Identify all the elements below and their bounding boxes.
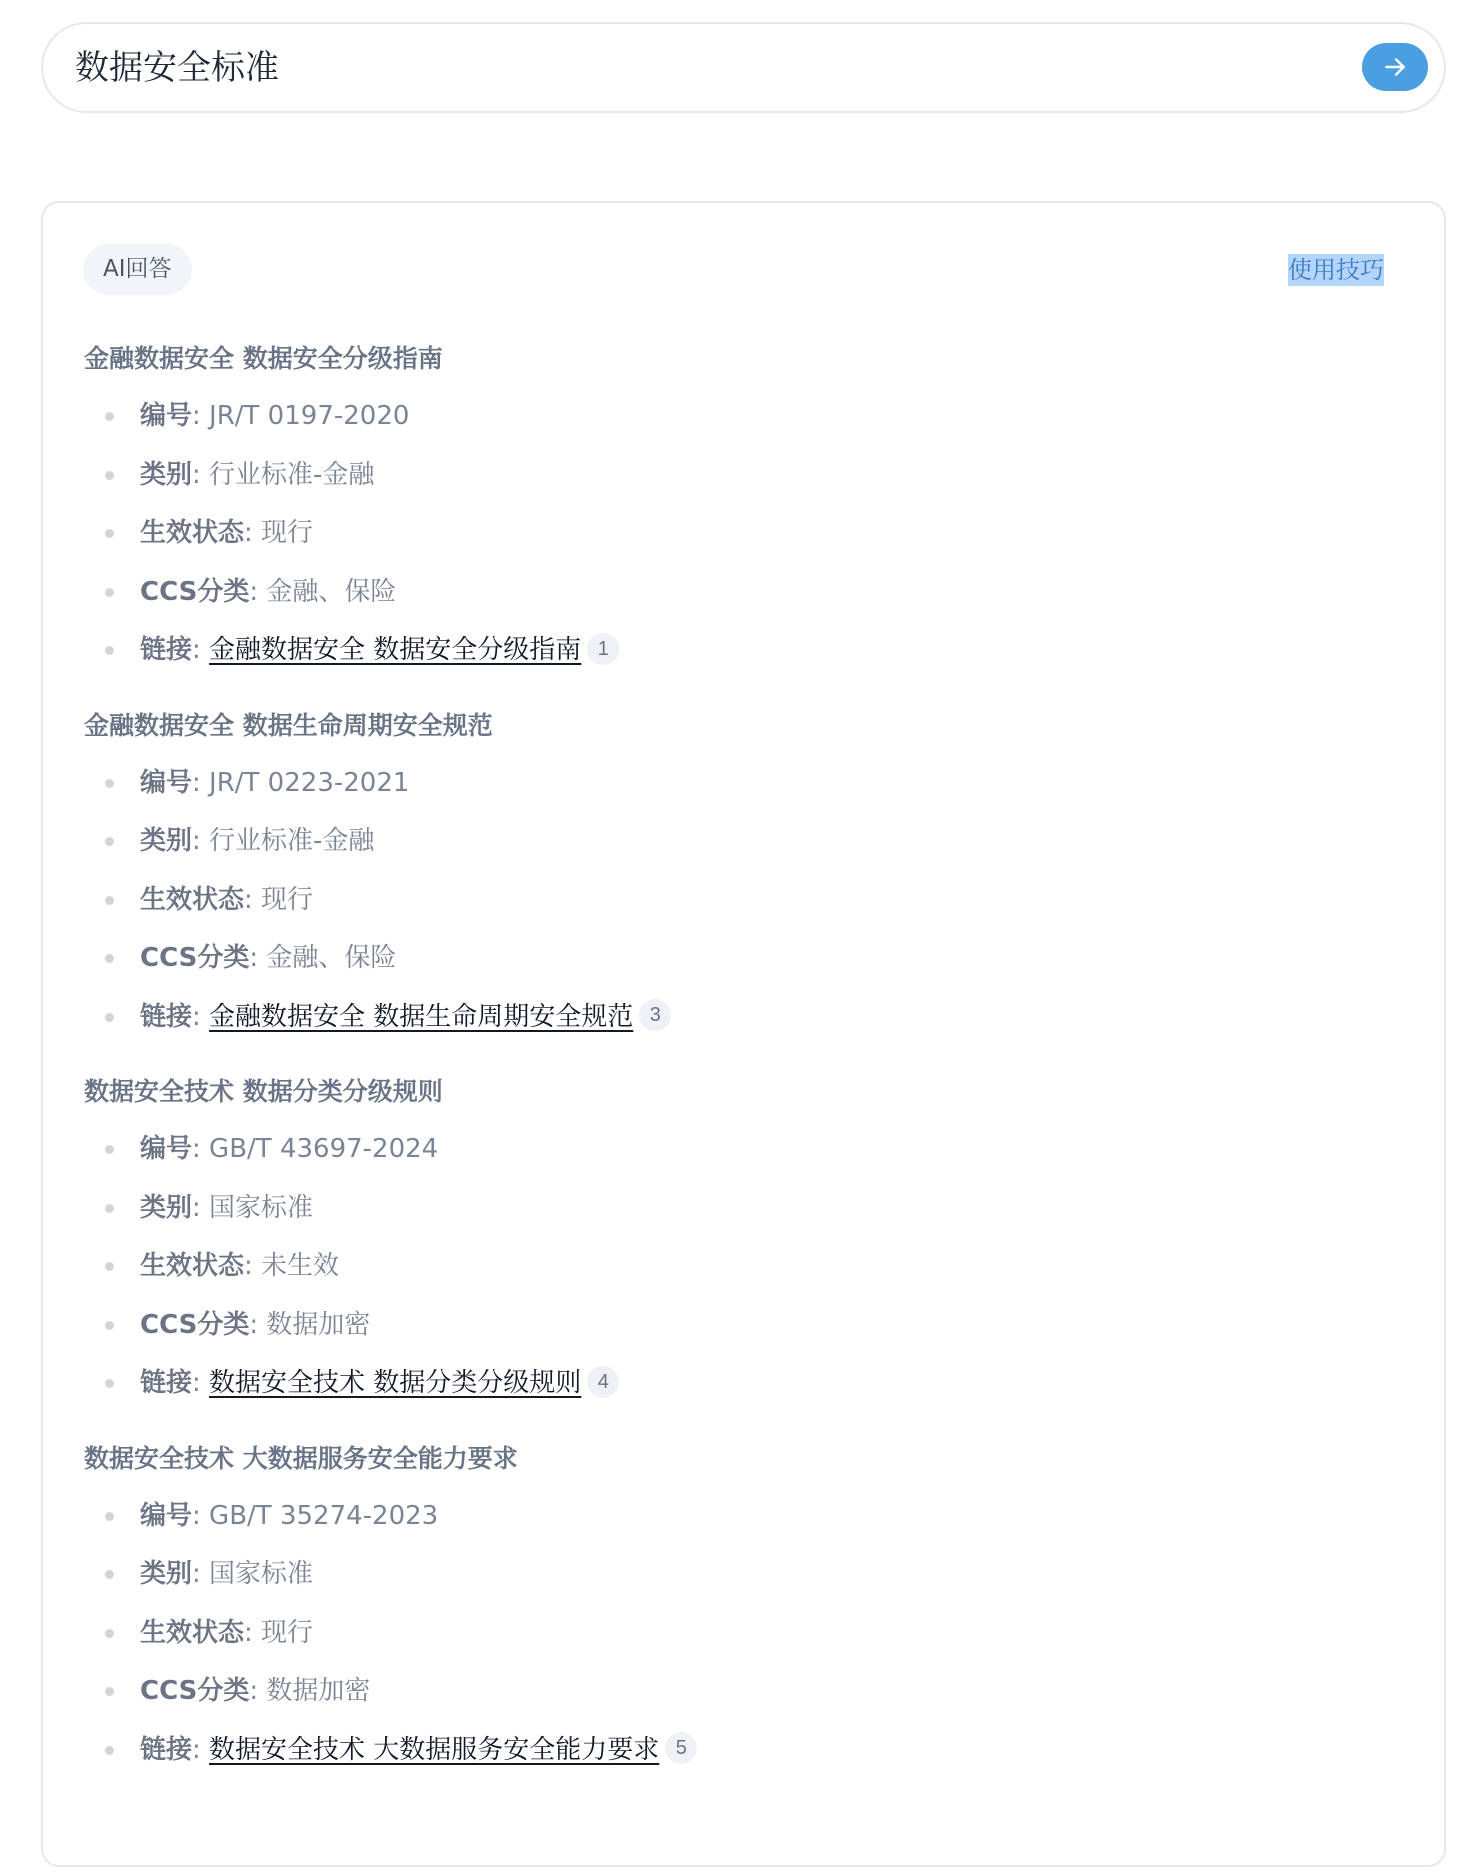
list-item-link: 链接: 金融数据安全 数据安全分级指南1 [84,621,1404,680]
item-label: CCS分类 [140,577,249,607]
ai-answer-card: AI回答 使用技巧 金融数据安全 数据安全分级指南 编号: JR/T 0197-… [41,201,1446,1867]
standard-details-list: 编号: JR/T 0197-2020 类别: 行业标准-金融 生效状态: 现行 … [84,387,1404,680]
answer-content: 金融数据安全 数据安全分级指南 编号: JR/T 0197-2020 类别: 行… [84,337,1404,1803]
list-item-status: 生效状态: 现行 [84,1604,1404,1663]
section-title: 金融数据安全 数据生命周期安全规范 [84,704,1404,748]
bullet-dot [105,954,114,963]
item-label: 生效状态 [140,518,244,548]
section-title: 金融数据安全 数据安全分级指南 [84,337,1404,381]
citation-badge[interactable]: 3 [639,999,671,1031]
usage-tips-link[interactable]: 使用技巧 [1288,254,1384,286]
list-item-code: 编号: JR/T 0197-2020 [84,387,1404,446]
search-bar [41,22,1446,113]
standard-link[interactable]: 数据安全技术 数据分类分级规则 [209,1368,581,1398]
item-label: 编号 [140,401,192,431]
item-value: 数据加密 [266,1310,370,1340]
bullet-dot [105,896,114,905]
item-label: 类别 [140,826,192,856]
item-label: 类别 [140,460,192,490]
item-value: JR/T 0197-2020 [209,401,409,431]
item-label: 编号 [140,1134,192,1164]
list-item-link: 链接: 数据安全技术 大数据服务安全能力要求5 [84,1721,1404,1780]
bullet-dot [105,1629,114,1638]
standard-section: 金融数据安全 数据安全分级指南 编号: JR/T 0197-2020 类别: 行… [84,337,1404,680]
item-value: GB/T 35274-2023 [209,1501,438,1531]
item-label: CCS分类 [140,1676,249,1706]
item-label: 编号 [140,1501,192,1531]
item-label: CCS分类 [140,1310,249,1340]
list-item-status: 生效状态: 未生效 [84,1237,1404,1296]
list-item-link: 链接: 数据安全技术 数据分类分级规则4 [84,1354,1404,1413]
item-value: 行业标准-金融 [209,826,374,856]
item-value: 未生效 [261,1251,339,1281]
bullet-dot [105,1512,114,1521]
item-label: 链接 [140,635,192,665]
item-value: GB/T 43697-2024 [209,1134,438,1164]
list-item-code: 编号: GB/T 35274-2023 [84,1487,1404,1546]
item-label: 类别 [140,1193,192,1223]
item-value: 数据加密 [266,1676,370,1706]
citation-badge[interactable]: 5 [665,1732,697,1764]
bullet-dot [105,779,114,788]
item-label: 链接 [140,1002,192,1032]
list-item-status: 生效状态: 现行 [84,871,1404,930]
standard-link[interactable]: 金融数据安全 数据安全分级指南 [209,635,581,665]
item-value: 行业标准-金融 [209,460,374,490]
item-label: 链接 [140,1735,192,1765]
list-item-ccs: CCS分类: 金融、保险 [84,563,1404,622]
list-item-code: 编号: JR/T 0223-2021 [84,754,1404,813]
item-value: 现行 [261,1618,313,1648]
standard-section: 数据安全技术 大数据服务安全能力要求 编号: GB/T 35274-2023 类… [84,1437,1404,1780]
card-header: AI回答 使用技巧 [43,203,1444,313]
item-value: 金融、保险 [266,577,396,607]
list-item-ccs: CCS分类: 数据加密 [84,1296,1404,1355]
bullet-dot [105,837,114,846]
list-item-category: 类别: 行业标准-金融 [84,812,1404,871]
standard-details-list: 编号: JR/T 0223-2021 类别: 行业标准-金融 生效状态: 现行 … [84,754,1404,1047]
item-label: 类别 [140,1559,192,1589]
bullet-dot [105,1013,114,1022]
standard-link[interactable]: 数据安全技术 大数据服务安全能力要求 [209,1735,659,1765]
item-value: JR/T 0223-2021 [209,768,409,798]
search-input[interactable] [75,38,1335,98]
list-item-category: 类别: 行业标准-金融 [84,446,1404,505]
search-submit-button[interactable] [1362,43,1428,91]
bullet-dot [105,1145,114,1154]
bullet-dot [105,1262,114,1271]
bullet-dot [105,471,114,480]
citation-badge[interactable]: 4 [587,1366,619,1398]
item-label: 链接 [140,1368,192,1398]
section-title: 数据安全技术 数据分类分级规则 [84,1070,1404,1114]
list-item-category: 类别: 国家标准 [84,1179,1404,1238]
list-item-category: 类别: 国家标准 [84,1545,1404,1604]
list-item-ccs: CCS分类: 数据加密 [84,1662,1404,1721]
bullet-dot [105,529,114,538]
standard-section: 数据安全技术 数据分类分级规则 编号: GB/T 43697-2024 类别: … [84,1070,1404,1413]
item-label: 生效状态 [140,885,244,915]
item-label: CCS分类 [140,943,249,973]
bullet-dot [105,412,114,421]
standard-section: 金融数据安全 数据生命周期安全规范 编号: JR/T 0223-2021 类别:… [84,704,1404,1047]
bullet-dot [105,1687,114,1696]
item-value: 现行 [261,885,313,915]
arrow-right-icon [1382,54,1408,80]
citation-badge[interactable]: 1 [587,633,619,665]
bullet-dot [105,1321,114,1330]
list-item-code: 编号: GB/T 43697-2024 [84,1120,1404,1179]
item-label: 生效状态 [140,1251,244,1281]
bullet-dot [105,1746,114,1755]
standard-details-list: 编号: GB/T 43697-2024 类别: 国家标准 生效状态: 未生效 C… [84,1120,1404,1413]
item-value: 现行 [261,518,313,548]
standard-link[interactable]: 金融数据安全 数据生命周期安全规范 [209,1002,633,1032]
ai-answer-badge: AI回答 [83,244,192,295]
item-label: 生效状态 [140,1618,244,1648]
item-label: 编号 [140,768,192,798]
bullet-dot [105,1570,114,1579]
list-item-link: 链接: 金融数据安全 数据生命周期安全规范3 [84,988,1404,1047]
list-item-ccs: CCS分类: 金融、保险 [84,929,1404,988]
item-value: 国家标准 [209,1193,313,1223]
item-value: 金融、保险 [266,943,396,973]
item-value: 国家标准 [209,1559,313,1589]
bullet-dot [105,1379,114,1388]
list-item-status: 生效状态: 现行 [84,504,1404,563]
bullet-dot [105,588,114,597]
bullet-dot [105,646,114,655]
section-title: 数据安全技术 大数据服务安全能力要求 [84,1437,1404,1481]
bullet-dot [105,1204,114,1213]
standard-details-list: 编号: GB/T 35274-2023 类别: 国家标准 生效状态: 现行 CC… [84,1487,1404,1780]
